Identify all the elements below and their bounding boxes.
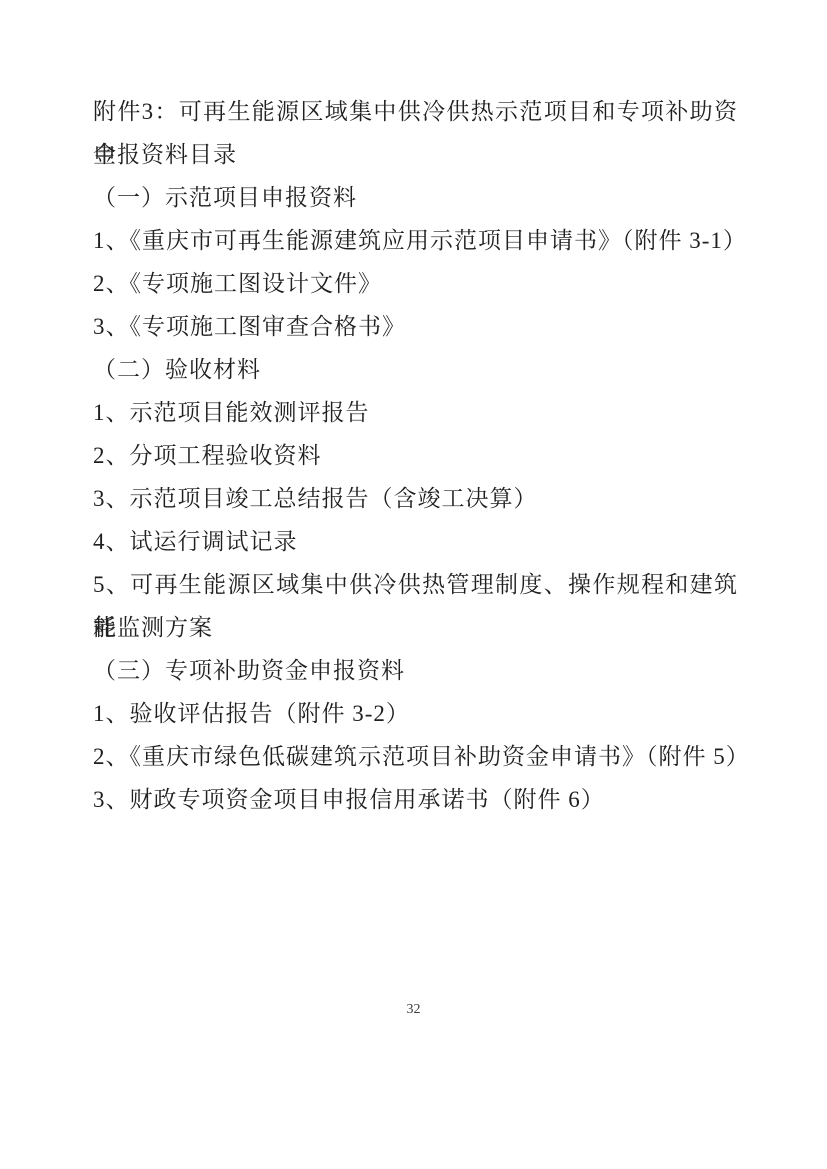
- section-2-item-2: 2、分项工程验收资料: [93, 434, 738, 477]
- attachment-title-line-1: 附件3：可再生能源区域集中供冷供热示范项目和专项补助资金: [93, 90, 738, 133]
- section-3-item-2: 2、《重庆市绿色低碳建筑示范项目补助资金申请书》（附件 5）: [93, 735, 738, 778]
- section-2-item-1: 1、示范项目能效测评报告: [93, 391, 738, 434]
- section-2-item-5-line-1: 5、可再生能源区域集中供冷供热管理制度、操作规程和建筑能: [93, 563, 738, 606]
- section-2-item-3: 3、示范项目竣工总结报告（含竣工决算）: [93, 477, 738, 520]
- section-2-item-5-line-2: 耗监测方案: [93, 606, 738, 649]
- page-number: 32: [0, 1000, 827, 1020]
- section-1-item-3: 3、《专项施工图审查合格书》: [93, 305, 738, 348]
- attachment-title-line-2: 申报资料目录: [93, 133, 738, 176]
- section-1-item-2: 2、《专项施工图设计文件》: [93, 262, 738, 305]
- section-2-heading: （二）验收材料: [93, 348, 738, 391]
- document-page: 附件3：可再生能源区域集中供冷供热示范项目和专项补助资金 申报资料目录 （一）示…: [0, 0, 827, 1169]
- section-3-item-3: 3、财政专项资金项目申报信用承诺书（附件 6）: [93, 778, 738, 821]
- section-3-item-1: 1、验收评估报告（附件 3-2）: [93, 692, 738, 735]
- section-2-item-4: 4、试运行调试记录: [93, 520, 738, 563]
- section-3-heading: （三）专项补助资金申报资料: [93, 649, 738, 692]
- document-body: 附件3：可再生能源区域集中供冷供热示范项目和专项补助资金 申报资料目录 （一）示…: [93, 90, 738, 821]
- section-1-heading: （一）示范项目申报资料: [93, 176, 738, 219]
- section-1-item-1: 1、《重庆市可再生能源建筑应用示范项目申请书》（附件 3-1）: [93, 219, 738, 262]
